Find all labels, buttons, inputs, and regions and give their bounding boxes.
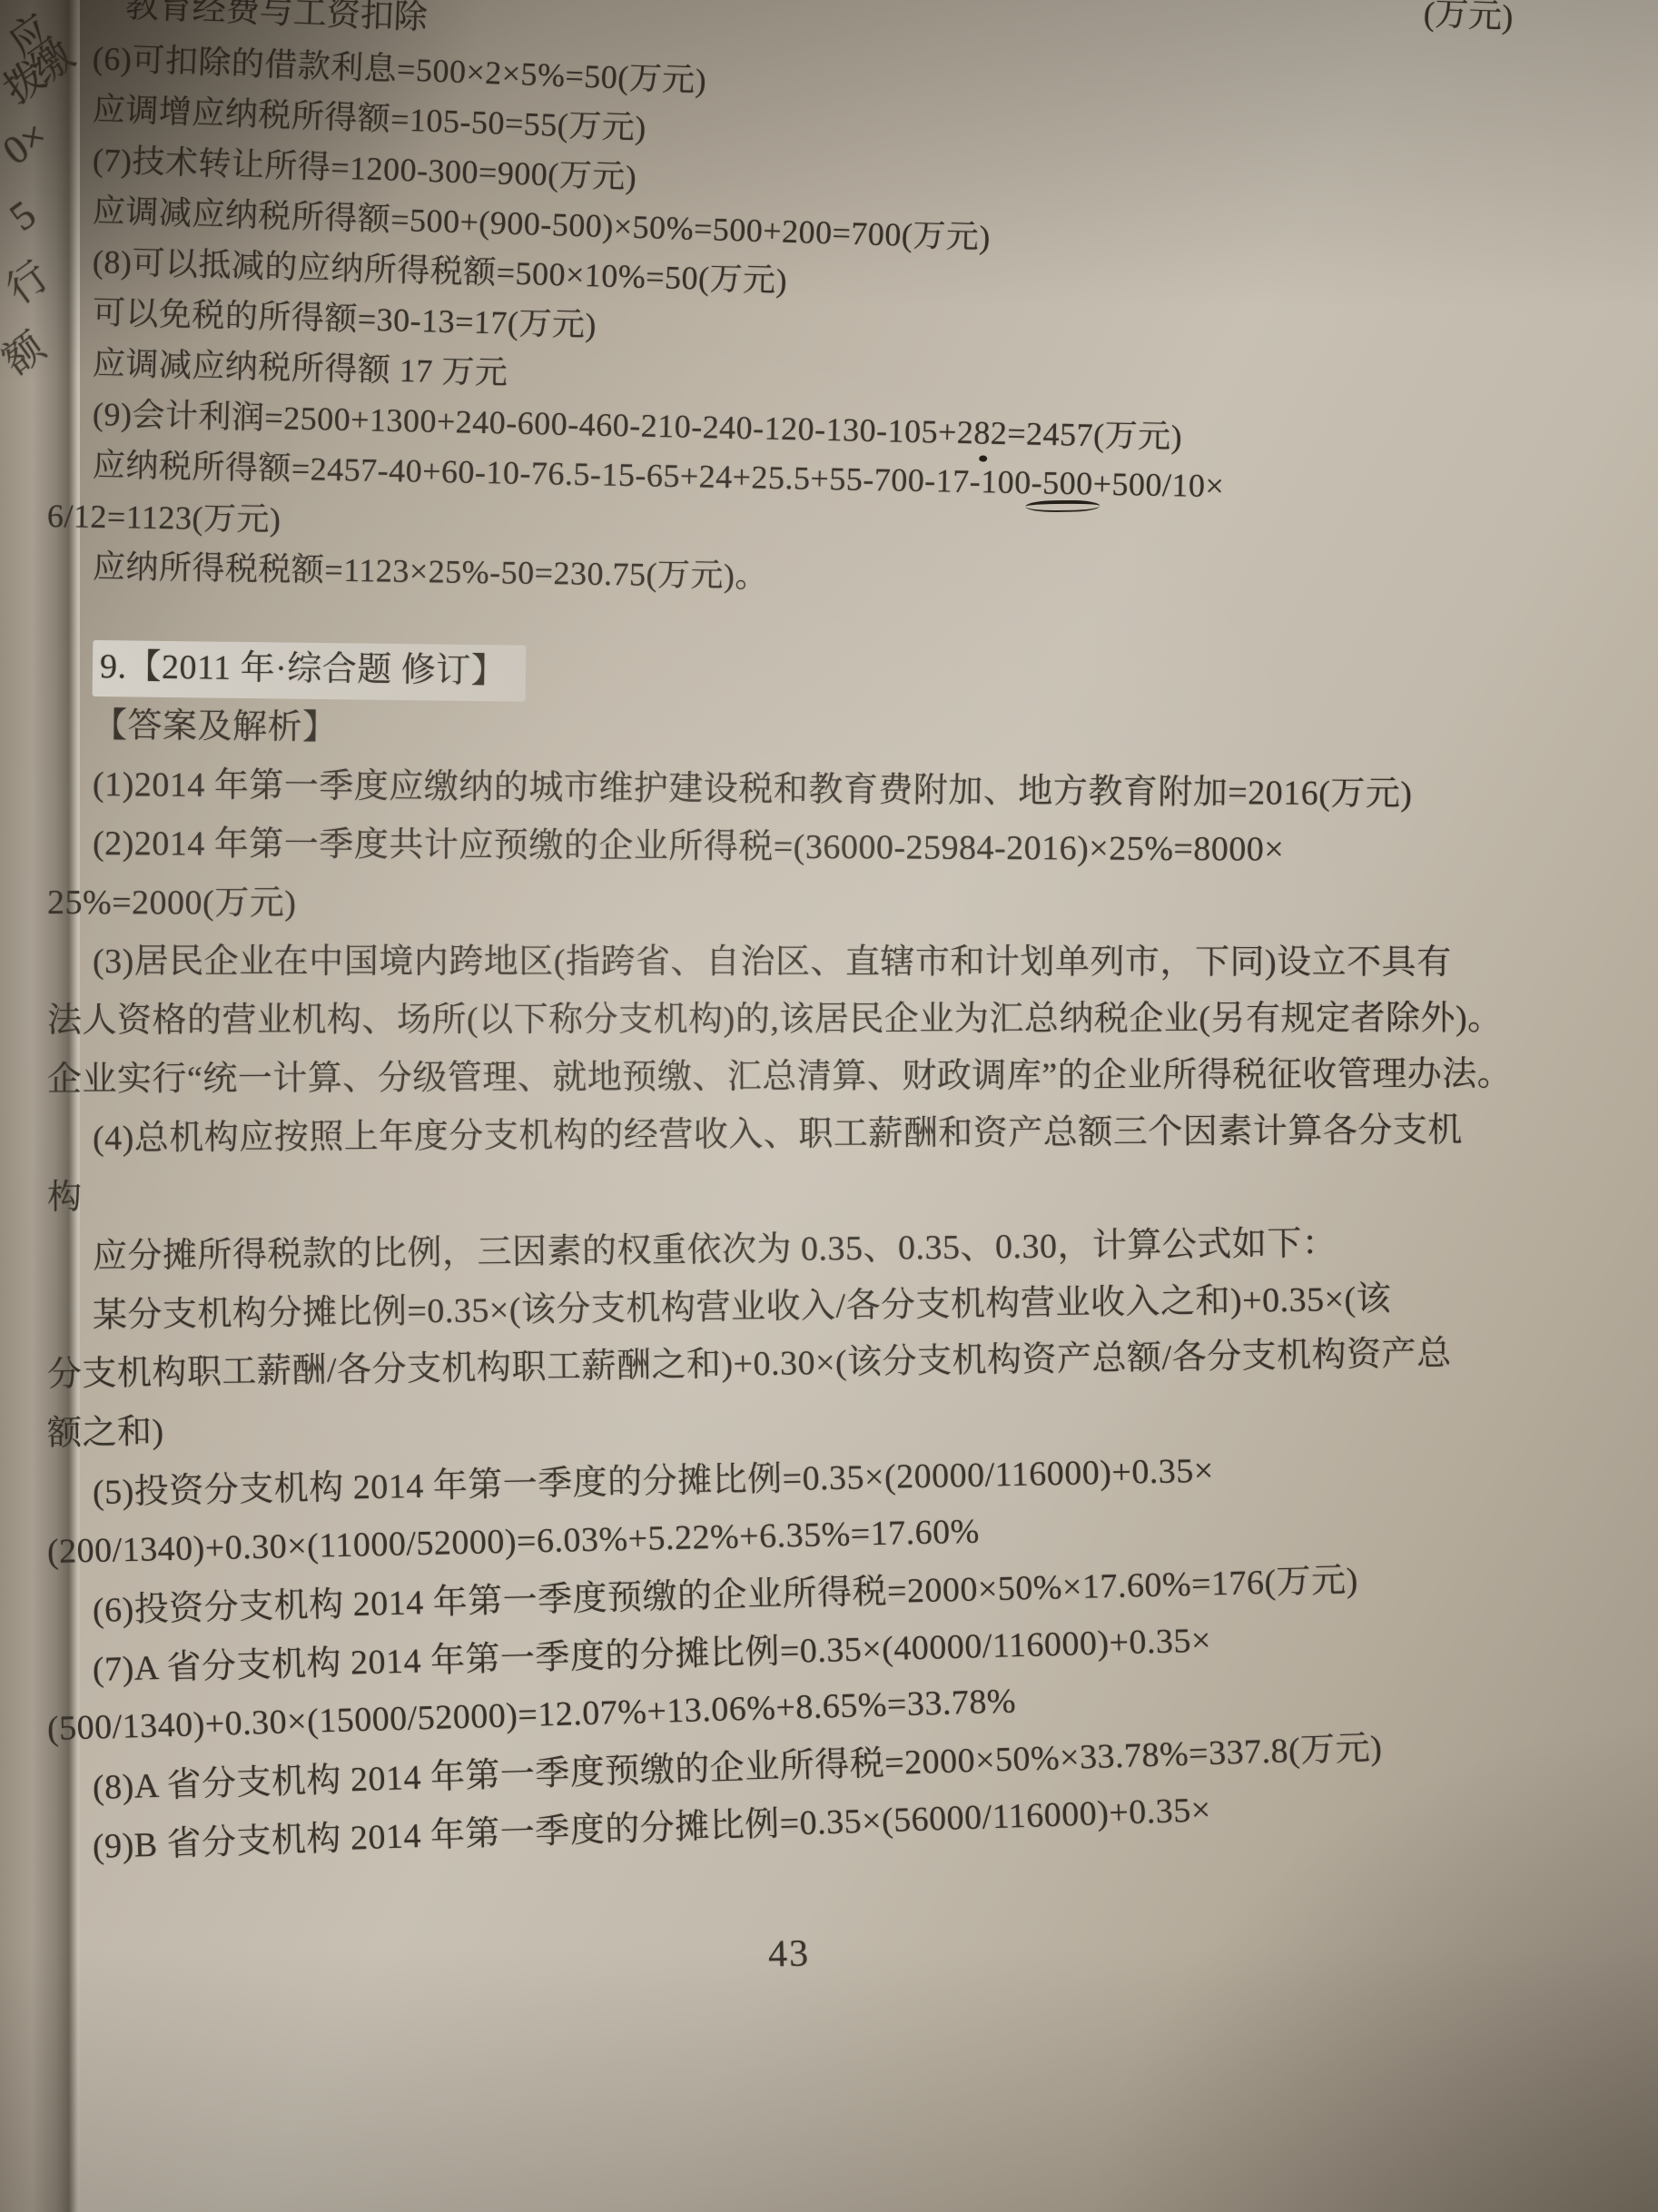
text-lines: (6)可扣除的借款利息=500×2×5%=50(万元)应调增应纳税所得额=105…: [0, 33, 1658, 1877]
pen-underline-mark: 100-500: [981, 463, 1093, 501]
book-page-photo: 应拨缴0×5行额 教育经费与工资扣除 (万元) (6)可扣除的借款利息=500×…: [0, 0, 1658, 2212]
text-line: 企业实行“统一计算、分级管理、就地预缴、汇总清算、财政调库”的企业所得税征收管理…: [47, 1044, 1622, 1110]
text-line: 25%=2000(万元): [47, 874, 1622, 937]
text-line: (2)2014 年第一季度共计应预缴的企业所得税=(36000-25984-20…: [93, 815, 1622, 882]
text-line: 法人资格的营业机构、场所(以下称分支机构)的,该居民企业为汇总纳税企业(另有规定…: [47, 989, 1622, 1051]
pen-dot-mark: 282: [956, 414, 1007, 451]
page-number: 43: [767, 1931, 810, 1976]
text-line: (3)居民企业在中国境内跨地区(指跨省、自治区、直辖市和计划单列市，下同)设立不…: [93, 933, 1622, 992]
highlight-band: 9.【2011 年·综合题 修订】: [93, 640, 527, 702]
